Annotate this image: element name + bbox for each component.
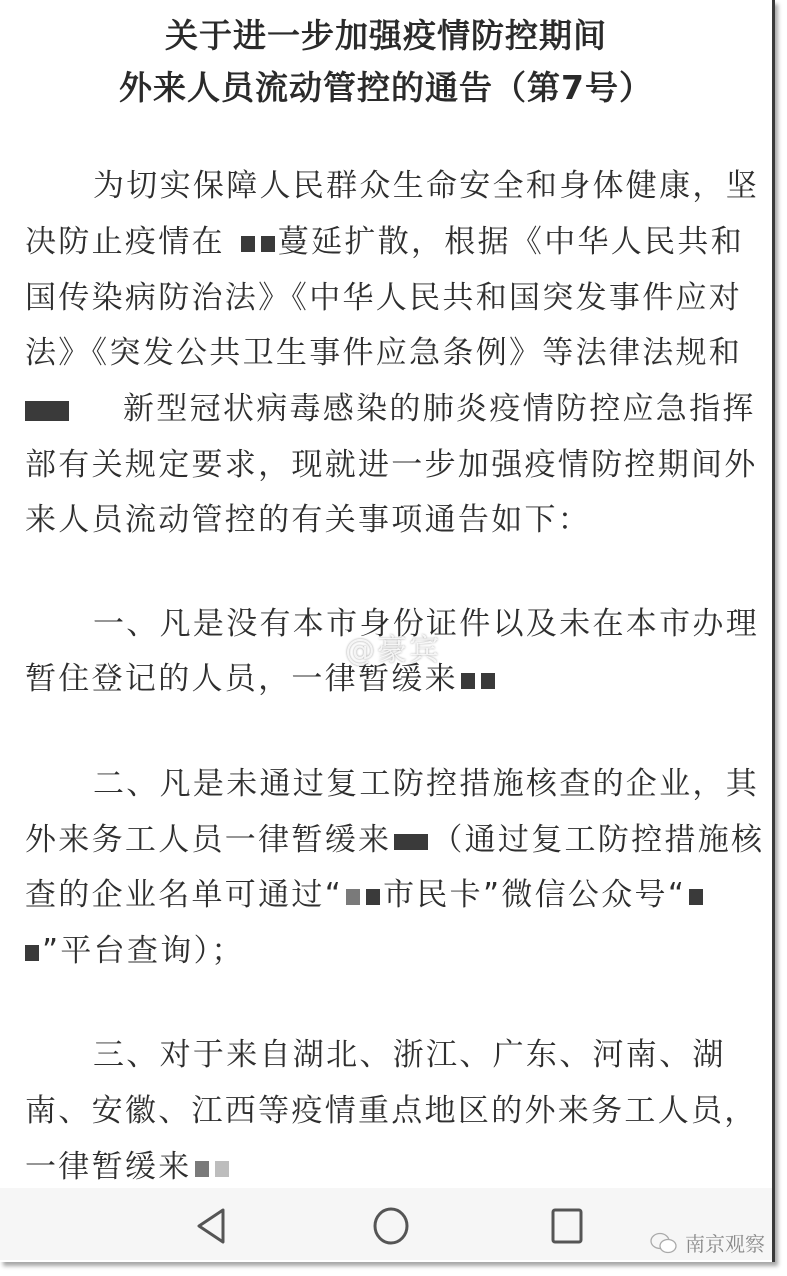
recents-square-icon [549,1206,585,1246]
item-three-line3: 一律暂缓来 [25,1147,232,1187]
item-three-line2: 南、安徽、江西等疫情重点地区的外来务工人员， [25,1091,758,1131]
brand-name: 南京观察 [685,1228,765,1257]
wechat-icon [649,1231,679,1255]
back-button[interactable] [193,1206,229,1250]
recents-button[interactable] [549,1206,585,1250]
phone-screen: 关于进一步加强疫情防控期间 外来人员流动管控的通告（第7号） 为切实保障人民群众… [0,0,775,1262]
paragraph-intro-line2: 决防止疫情在蔓延扩散，根据《中华人民共和 [25,222,744,262]
redacted-block [261,236,275,252]
paragraph-intro-line7: 来人员流动管控的有关事项通告如下： [25,500,591,540]
redacted-block [461,673,475,689]
paragraph-intro-line1: 为切实保障人民群众生命安全和身体健康，坚 [93,166,759,206]
redacted-block [689,889,703,905]
redacted-block [25,401,69,421]
notice-title-line1: 关于进一步加强疫情防控期间 [0,10,772,57]
item-two-line4: ”平台查询）； [25,931,245,971]
home-circle-icon [372,1206,410,1246]
item-three-line1: 三、对于来自湖北、浙江、广东、河南、湖 [93,1035,726,1075]
item-two-line3: 查的企业名单可通过“市民卡”微信公众号“ [25,875,706,915]
paragraph-intro-line4: 法》《突发公共卫生事件应急条例》等法律法规和 [25,333,742,373]
redacted-block [241,236,255,252]
brand-watermark: 南京观察 [649,1228,765,1257]
redacted-block [481,673,495,689]
item-two-line1: 二、凡是未通过复工防控措施核查的企业，其 [93,764,759,804]
redacted-block [366,889,380,905]
redacted-block [25,945,39,961]
redacted-block [195,1161,209,1177]
weibo-watermark: @豪宾 [345,625,441,669]
back-triangle-icon [193,1206,229,1246]
redacted-block [346,889,360,905]
notice-title-line2: 外来人员流动管控的通告（第7号） [0,62,772,109]
home-button[interactable] [372,1206,410,1250]
redacted-block [215,1161,229,1177]
paragraph-intro-line5: 新型冠状病毒感染的肺炎疫情防控应急指挥 [25,389,756,429]
item-two-line2: 外来务工人员一律暂缓来（通过复工防控措施核 [25,820,764,860]
paragraph-intro-line6: 部有关规定要求，现就进一步加强疫情防控期间外 [25,445,758,485]
redacted-block [394,834,428,850]
paragraph-intro-line3: 国传染病防治法》《中华人民共和国突发事件应对 [25,278,742,318]
